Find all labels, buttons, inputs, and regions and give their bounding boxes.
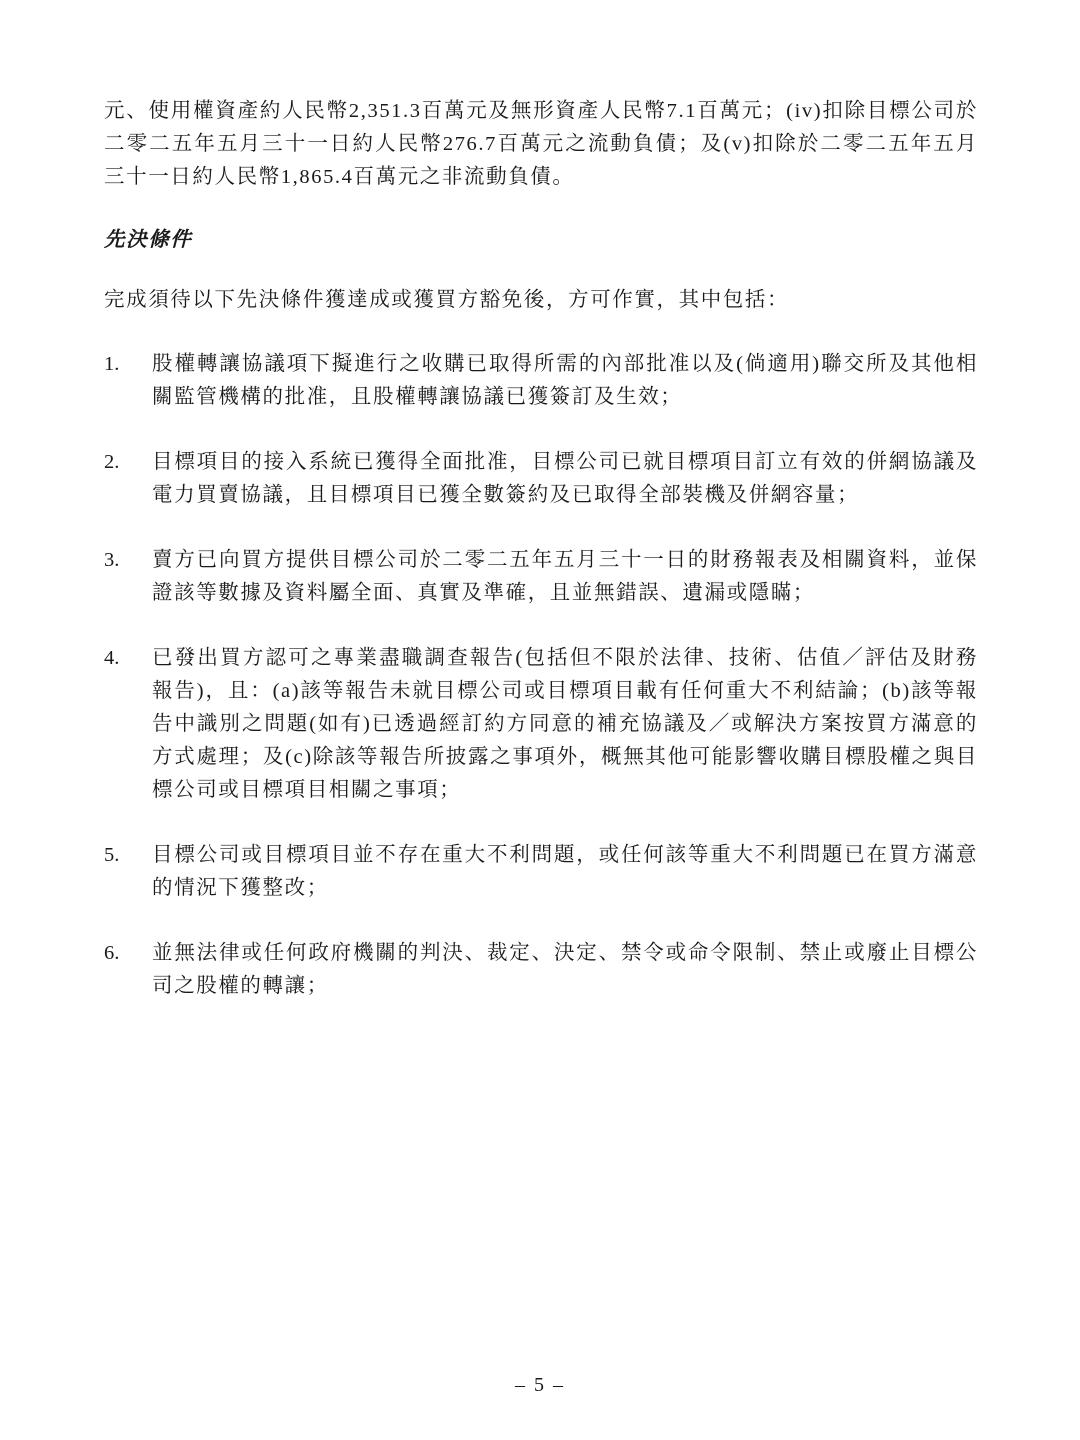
condition-text: 已發出買方認可之專業盡職調查報告(包括但不限於法律、技術、估值／評估及財務報告)… bbox=[152, 642, 978, 807]
condition-text: 股權轉讓協議項下擬進行之收購已取得所需的內部批准以及(倘適用)聯交所及其他相關監… bbox=[152, 348, 978, 414]
condition-text: 賣方已向買方提供目標公司於二零二五年五月三十一日的財務報表及相關資料，並保證該等… bbox=[152, 544, 978, 610]
condition-number: 6. bbox=[104, 937, 152, 1003]
condition-item: 5. 目標公司或目標項目並不存在重大不利問題，或任何該等重大不利問題已在買方滿意… bbox=[104, 839, 978, 905]
condition-number: 2. bbox=[104, 446, 152, 512]
condition-number: 4. bbox=[104, 642, 152, 807]
conditions-list: 1. 股權轉讓協議項下擬進行之收購已取得所需的內部批准以及(倘適用)聯交所及其他… bbox=[104, 348, 978, 1003]
section-heading: 先決條件 bbox=[104, 224, 978, 257]
condition-item: 2. 目標項目的接入系統已獲得全面批准，目標公司已就目標項目訂立有效的併網協議及… bbox=[104, 446, 978, 512]
document-page: 元、使用權資產約人民幣2,351.3百萬元及無形資產人民幣7.1百萬元；(iv)… bbox=[104, 95, 978, 1035]
condition-item: 6. 並無法律或任何政府機關的判決、裁定、決定、禁令或命令限制、禁止或廢止目標公… bbox=[104, 937, 978, 1003]
condition-text: 目標項目的接入系統已獲得全面批准，目標公司已就目標項目訂立有效的併網協議及電力買… bbox=[152, 446, 978, 512]
page-number: – 5 – bbox=[0, 1374, 1080, 1397]
condition-number: 5. bbox=[104, 839, 152, 905]
condition-item: 3. 賣方已向買方提供目標公司於二零二五年五月三十一日的財務報表及相關資料，並保… bbox=[104, 544, 978, 610]
condition-number: 3. bbox=[104, 544, 152, 610]
condition-item: 4. 已發出買方認可之專業盡職調查報告(包括但不限於法律、技術、估值／評估及財務… bbox=[104, 642, 978, 807]
condition-text: 並無法律或任何政府機關的判決、裁定、決定、禁令或命令限制、禁止或廢止目標公司之股… bbox=[152, 937, 978, 1003]
condition-item: 1. 股權轉讓協議項下擬進行之收購已取得所需的內部批准以及(倘適用)聯交所及其他… bbox=[104, 348, 978, 414]
condition-text: 目標公司或目標項目並不存在重大不利問題，或任何該等重大不利問題已在買方滿意的情況… bbox=[152, 839, 978, 905]
lead-paragraph: 完成須待以下先決條件獲達成或獲買方豁免後，方可作實，其中包括： bbox=[104, 284, 978, 317]
intro-paragraph: 元、使用權資產約人民幣2,351.3百萬元及無形資產人民幣7.1百萬元；(iv)… bbox=[104, 95, 978, 194]
condition-number: 1. bbox=[104, 348, 152, 414]
